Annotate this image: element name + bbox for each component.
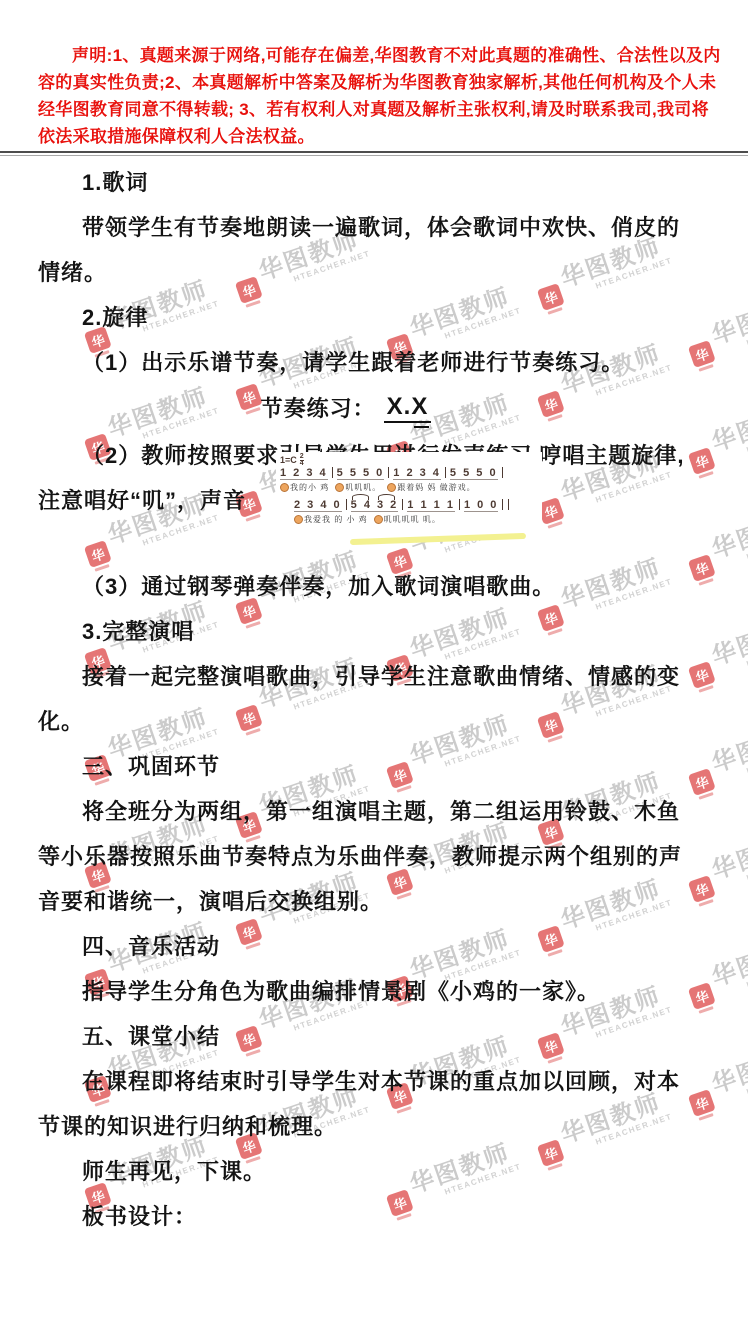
rhythm-label: 节奏练习： [261, 396, 376, 421]
body-line: 情绪。 [38, 250, 714, 295]
body-line: 3.完整演唱 [38, 609, 714, 654]
slur-group: 3 2 [377, 499, 398, 511]
body-line: 五、课堂小结 [38, 1014, 714, 1059]
body-line-text: 注意唱好“叽”，声音 [38, 488, 246, 513]
score-lyrics-line: 我爱我 的 小 鸡叽叽叽叽 叽。 [294, 514, 538, 525]
disclaimer-line: 声明:1、真题来源于网络,可能存在偏差,华图教育不对此真题的准确性、合法性以及内 [38, 42, 712, 69]
body-line: 2.旋律 [38, 295, 714, 340]
body-line: 四、音乐活动 [38, 924, 714, 969]
disclaimer-prefix: 声明: [72, 46, 113, 65]
body-line: 带领学生有节奏地朗读一遍歌词，体会歌词中欢快、俏皮的 [38, 205, 714, 250]
body-line: 等小乐器按照乐曲节奏特点为乐曲伴奏，教师提示两个组别的声 [38, 834, 714, 879]
score-lyrics-line: 我的小 鸡叽叽叽。跟着妈 妈 做游戏。 [280, 482, 538, 493]
score-measure: 1 0 0 [464, 499, 498, 512]
rhythm-pattern: X.X [384, 393, 432, 423]
body-line: 指导学生分角色为歌曲编排情景剧《小鸡的一家》。 [38, 969, 714, 1014]
barline-icon [459, 499, 460, 510]
body-line: 在课程即将结束时引导学生对本节课的重点加以回顾，对本 [38, 1059, 714, 1104]
disclaimer-line: 经华图教育同意不得转载; 3、若有权利人对真题及解析主张权利,请及时联系我司,我… [38, 96, 712, 123]
barline-icon [508, 499, 509, 510]
disclaimer-line: 依法采取措施保障权利人合法权益。 [38, 123, 712, 150]
disclaimer: 声明:1、真题来源于网络,可能存在偏差,华图教育不对此真题的准确性、合法性以及内… [38, 42, 712, 150]
body-line: 节课的知识进行归纳和梳理。 [38, 1104, 714, 1149]
body-line: 三、巩固环节 [38, 744, 714, 789]
body-line: （3）通过钢琴弹奏伴奏，加入歌词演唱歌曲。 [38, 564, 714, 609]
chick-icon [387, 483, 396, 492]
slur-group: 5 4 [351, 499, 372, 511]
chick-icon [294, 515, 303, 524]
body-line: 音要和谐统一，演唱后交换组别。 [38, 879, 714, 924]
chick-icon [280, 483, 289, 492]
barline-icon [332, 467, 333, 478]
body-line: 将全班分为两组，第一组演唱主题，第二组运用铃鼓、木鱼 [38, 789, 714, 834]
document-page: 声明:1、真题来源于网络,可能存在偏差,华图教育不对此真题的准确性、合法性以及内… [0, 0, 748, 1335]
body-line: 化。 [38, 699, 714, 744]
barline-icon [502, 467, 503, 478]
section-divider [0, 151, 748, 156]
music-score: 1=C241 2 3 45 5 5 01 2 3 45 5 5 0我的小 鸡叽叽… [276, 452, 542, 539]
body-line: （1）出示乐谱节奏，请学生跟着老师进行节奏练习。 [38, 340, 714, 385]
body-line: 师生再见，下课。 [38, 1149, 714, 1194]
chick-icon [335, 483, 344, 492]
chick-icon [374, 515, 383, 524]
body-line: 接着一起完整演唱歌曲，引导学生注意歌曲情绪、情感的变 [38, 654, 714, 699]
disclaimer-line: 容的真实性负责;2、本真题解析中答案及解析为华图教育独家解析,其他任何机构及个人… [38, 69, 712, 96]
body-line: 注意唱好“叽”，声音1=C241 2 3 45 5 5 01 2 3 45 5 … [38, 478, 714, 564]
document-body: 1.歌词带领学生有节奏地朗读一遍歌词，体会歌词中欢快、俏皮的情绪。2.旋律（1）… [38, 160, 714, 1239]
body-line: 1.歌词 [38, 160, 714, 205]
barline-icon [502, 499, 503, 510]
rhythm-exercise-line: 节奏练习：X.X [38, 385, 714, 433]
body-line: 板书设计： [38, 1194, 714, 1239]
